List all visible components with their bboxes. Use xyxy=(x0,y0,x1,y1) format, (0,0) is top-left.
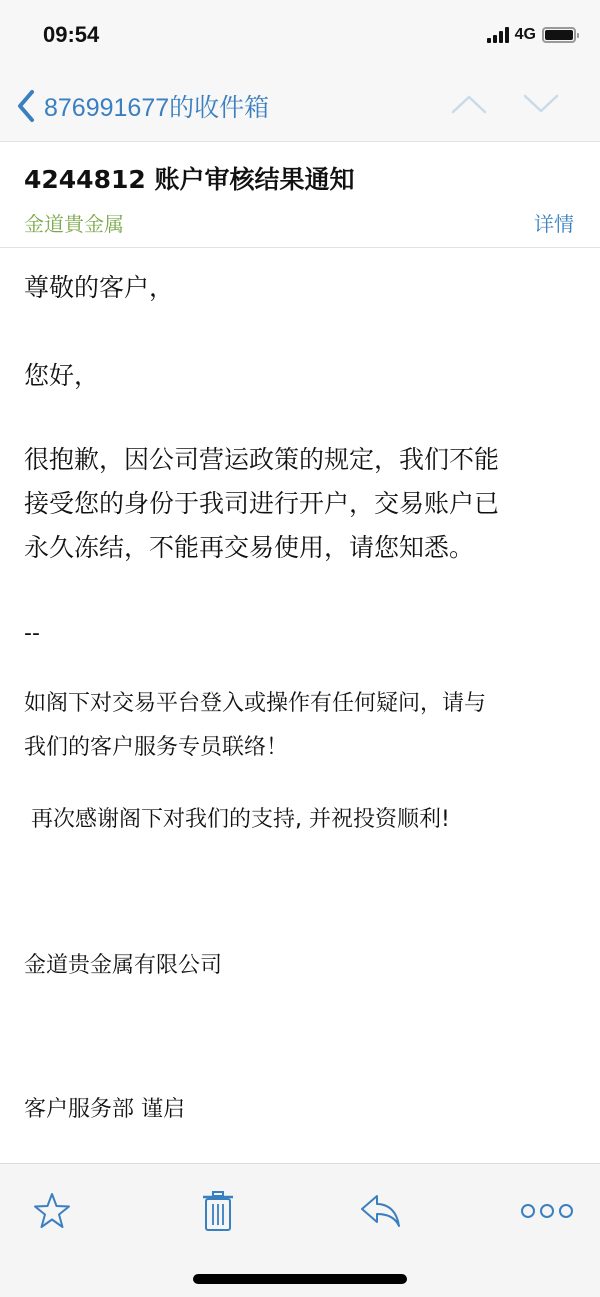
body-line: 如阁下对交易平台登入或操作有任何疑问，请与 xyxy=(24,682,486,726)
star-icon xyxy=(32,1191,72,1231)
battery-full-icon xyxy=(542,27,576,43)
back-to-inbox-button[interactable]: 876991677的收件箱 xyxy=(12,86,269,126)
chevron-down-icon[interactable] xyxy=(522,92,560,116)
more-icon xyxy=(520,1201,574,1221)
email-subject: 4244812 账户审核结果通知 xyxy=(24,160,354,196)
message-navigation xyxy=(450,92,560,116)
greeting: 尊敬的客户， xyxy=(24,266,174,310)
nav-bar: 876991677的收件箱 xyxy=(0,70,600,142)
flag-button[interactable] xyxy=(27,1186,77,1236)
network-type: 4G xyxy=(515,26,536,44)
signature-separator: -- xyxy=(24,612,40,656)
department-signoff: 客户服务部 谨启 xyxy=(24,1088,185,1132)
email-sender[interactable]: 金道貴金属 xyxy=(24,208,124,237)
chevron-left-icon xyxy=(12,86,42,126)
status-time: 09:54 xyxy=(43,22,99,48)
trash-button[interactable] xyxy=(193,1186,243,1236)
status-bar: 09:54 4G xyxy=(0,0,600,70)
signal-bars-icon xyxy=(487,27,509,43)
body-line: 再次感谢阁下对我们的支持, 并祝投资顺利! xyxy=(24,798,450,842)
trash-icon xyxy=(201,1190,235,1232)
body-line: 永久冻结，不能再交易使用，请您知悉。 xyxy=(24,526,474,570)
company-name: 金道贵金属有限公司 xyxy=(24,944,222,988)
reply-button[interactable] xyxy=(356,1186,406,1236)
reply-icon xyxy=(359,1193,403,1229)
body-line: 我们的客户服务专员联络！ xyxy=(24,726,288,770)
back-label: 876991677的收件箱 xyxy=(44,88,269,124)
body-line: 接受您的身份于我司进行开户，交易账户已 xyxy=(24,482,499,526)
status-indicators: 4G xyxy=(487,26,576,44)
email-header: 4244812 账户审核结果通知 金道貴金属 详情 xyxy=(0,142,600,248)
home-indicator[interactable] xyxy=(193,1274,407,1284)
salutation: 您好， xyxy=(24,354,99,398)
details-link[interactable]: 详情 xyxy=(534,208,574,237)
more-button[interactable] xyxy=(520,1186,574,1236)
chevron-up-icon[interactable] xyxy=(450,92,488,116)
body-line: 很抱歉，因公司营运政策的规定，我们不能 xyxy=(24,438,499,482)
